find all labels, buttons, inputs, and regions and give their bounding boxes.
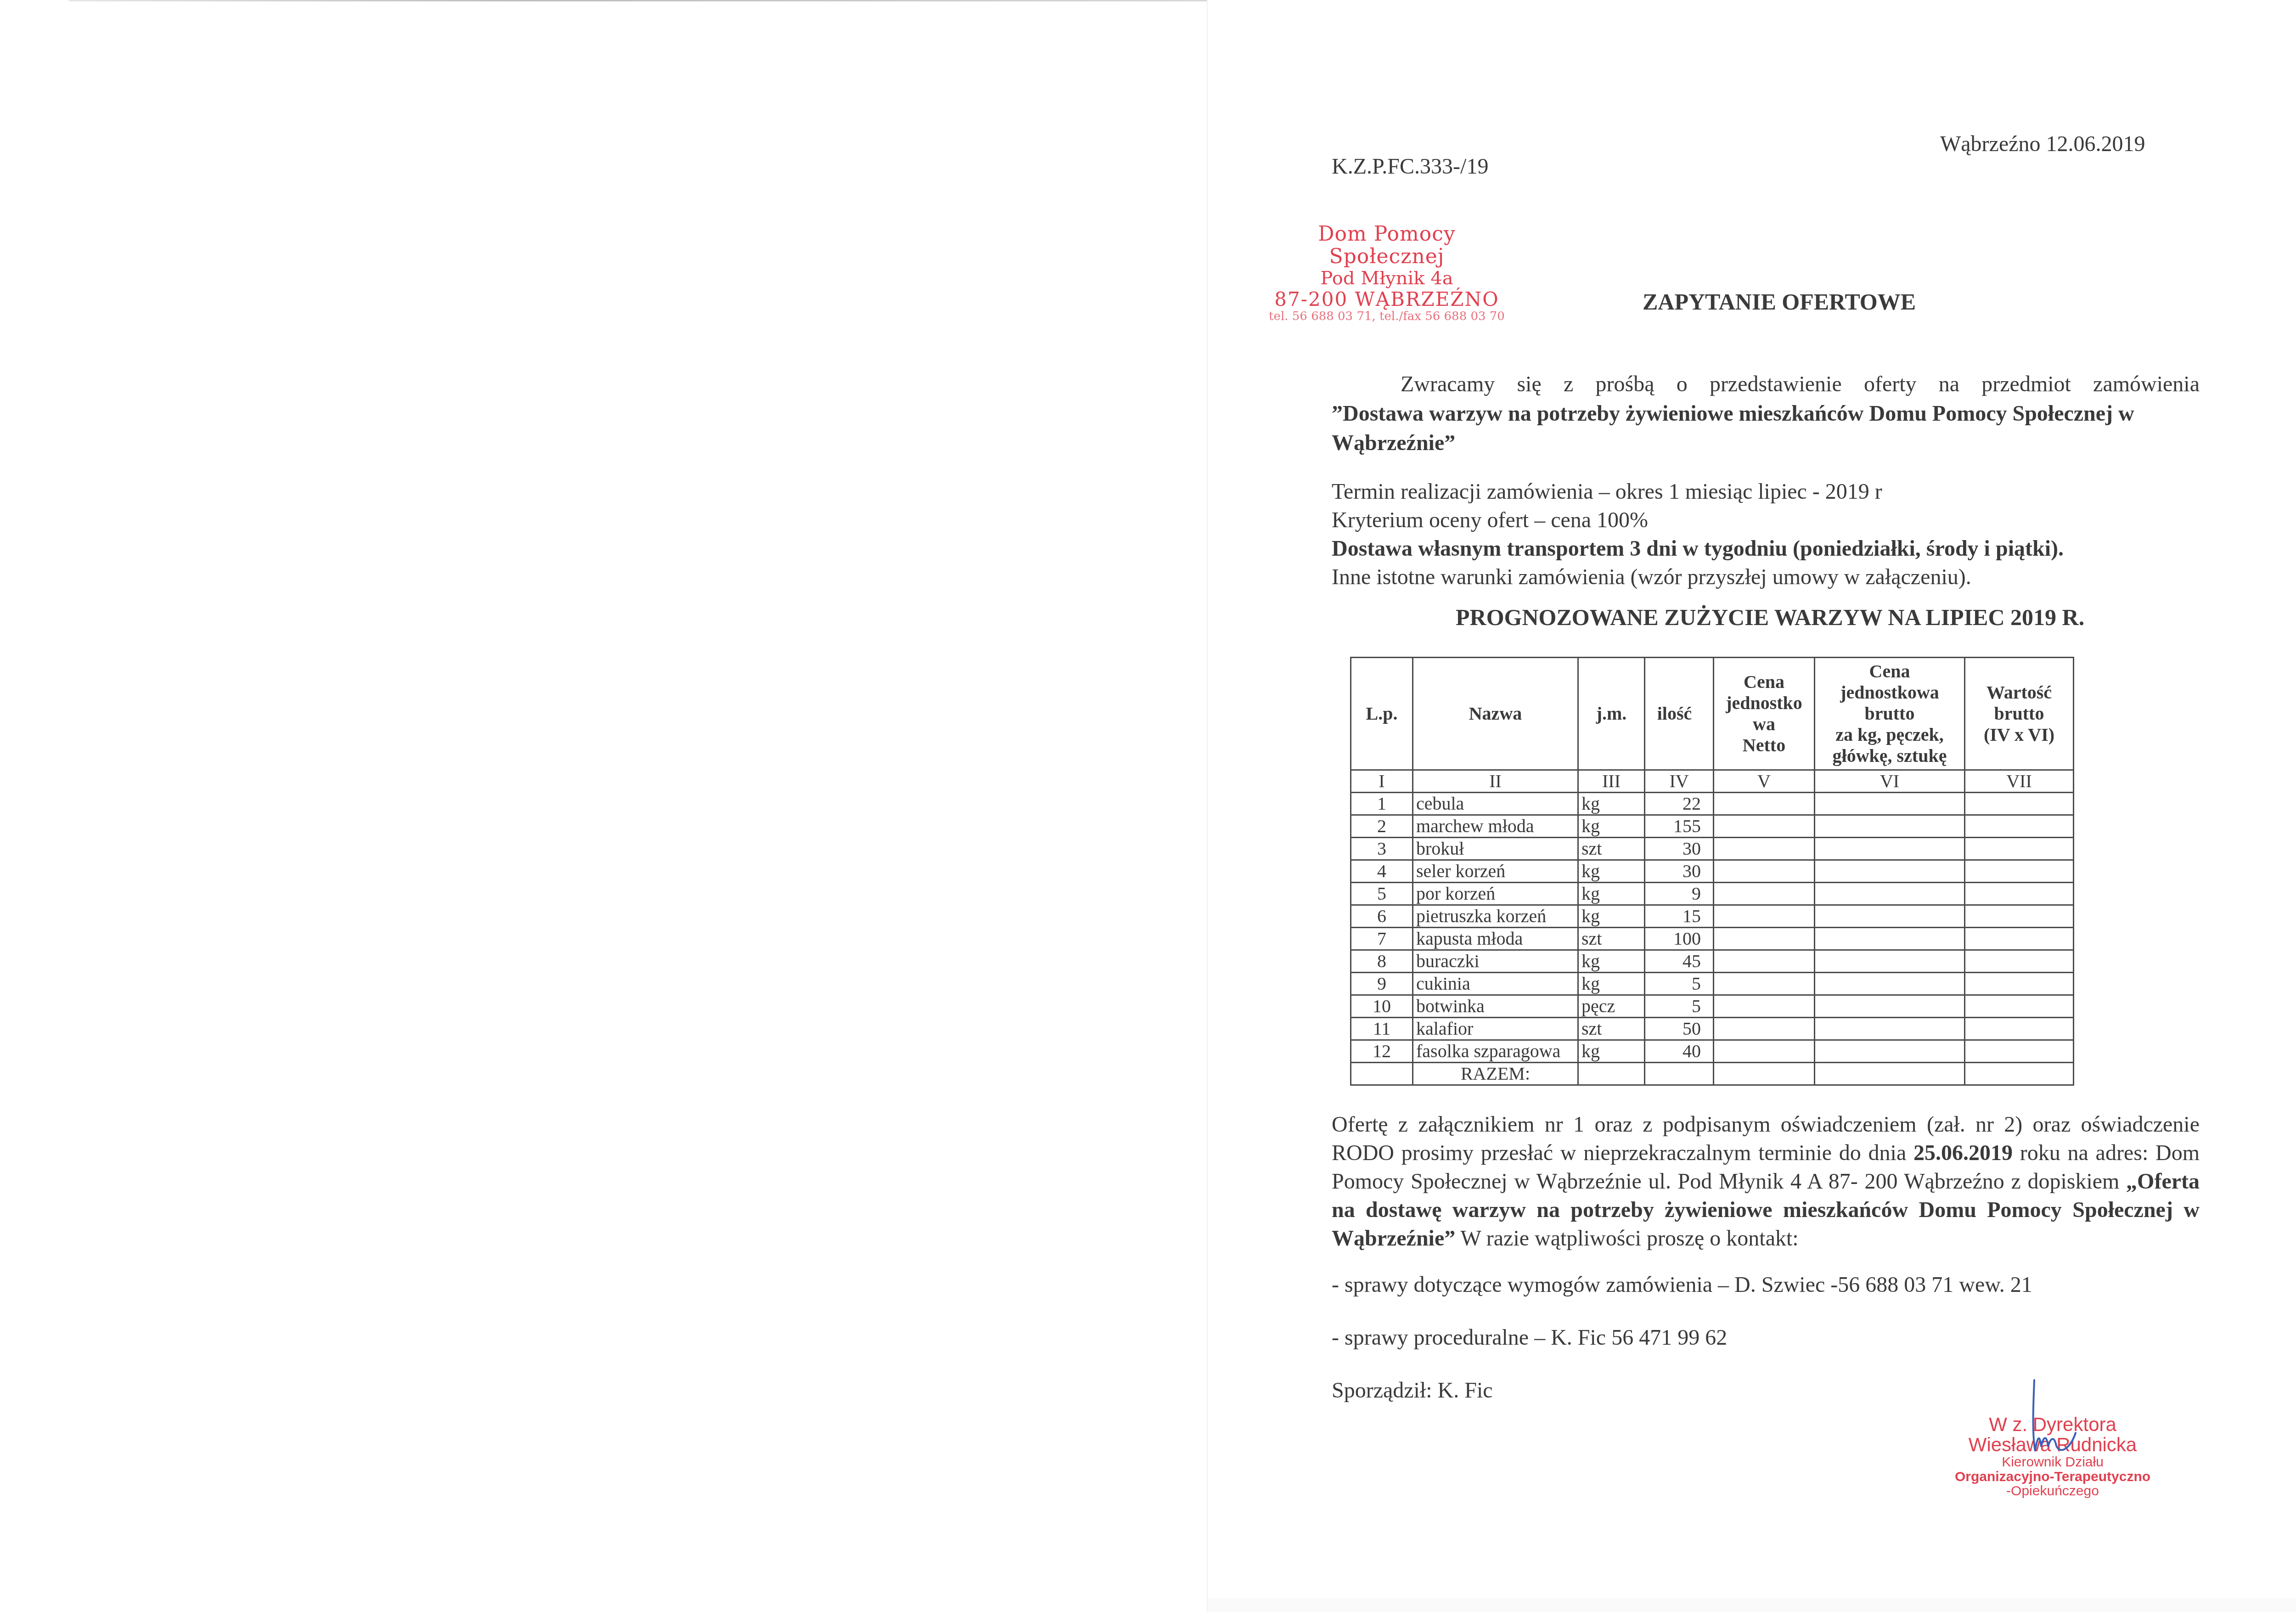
- cell-gross-value[interactable]: [1965, 838, 2074, 860]
- cell-net-price[interactable]: [1714, 815, 1815, 838]
- cell-gross-value[interactable]: [1965, 950, 2074, 973]
- forecast-table: L.p. Nazwa j.m. ilość Cena jednostko wa …: [1350, 657, 2074, 1086]
- contact-requirements: - sprawy dotyczące wymogów zamówienia – …: [1332, 1272, 2032, 1297]
- cell-gross-value[interactable]: [1965, 973, 2074, 995]
- cell-qty: 100: [1645, 928, 1714, 950]
- cell-gross-value[interactable]: [1965, 793, 2074, 815]
- header-text: (IV x VI): [1968, 724, 2070, 745]
- stamp-line: tel. 56 688 03 71, tel./fax 56 688 03 70: [1258, 310, 1515, 323]
- term-other: Inne istotne warunki zamówienia (wzór pr…: [1332, 563, 2200, 592]
- place-date: Wąbrzeźno 12.06.2019: [1940, 131, 2145, 157]
- cell-qty: 22: [1645, 793, 1714, 815]
- table-row: 4 seler korzeń kg 30: [1351, 860, 2074, 883]
- cell-net-price[interactable]: [1714, 973, 1815, 995]
- total-label: RAZEM:: [1413, 1063, 1578, 1085]
- cell-name: pietruszka korzeń: [1413, 905, 1578, 928]
- cell-qty: 50: [1645, 1018, 1714, 1040]
- contact-procedural: - sprawy proceduralne – K. Fic 56 471 99…: [1332, 1325, 1727, 1350]
- column-number: IV: [1645, 770, 1714, 793]
- cell-gross-price[interactable]: [1815, 793, 1965, 815]
- stamp-line: Dom Pomocy Społecznej: [1258, 223, 1515, 268]
- cell-unit: szt: [1578, 1018, 1645, 1040]
- cell-gross-price[interactable]: [1815, 1018, 1965, 1040]
- closing-text: W razie wątpliwości proszę o kontakt:: [1455, 1226, 1798, 1251]
- cell-qty: 155: [1645, 815, 1714, 838]
- header-text: brutto: [1818, 703, 1961, 724]
- header-text: Cena: [1717, 671, 1811, 693]
- header-text: główkę, sztukę: [1818, 745, 1961, 767]
- header-lp: L.p.: [1351, 658, 1413, 770]
- header-net-price: Cena jednostko wa Netto: [1714, 658, 1815, 770]
- cell-unit: kg: [1578, 860, 1645, 883]
- cell-qty: 30: [1645, 860, 1714, 883]
- cell-unit: kg: [1578, 1040, 1645, 1063]
- term-criterion: Kryterium oceny ofert – cena 100%: [1332, 506, 2200, 535]
- cell-name: buraczki: [1413, 950, 1578, 973]
- cell-gross-value[interactable]: [1965, 815, 2074, 838]
- organization-stamp: Dom Pomocy Społecznej Pod Młynik 4a 87-2…: [1258, 223, 1515, 323]
- header-text: jednostko: [1717, 693, 1811, 714]
- stamp-line: 87-200 WĄBRZEŹNO: [1258, 288, 1515, 310]
- table-row: 8 buraczki kg 45: [1351, 950, 2074, 973]
- header-text: brutto: [1968, 703, 2070, 724]
- intro-paragraph: Zwracamy się z prośbą o przedstawienie o…: [1332, 370, 2200, 458]
- cell-empty: [1578, 1063, 1645, 1085]
- header-gross-value: Wartość brutto (IV x VI): [1965, 658, 2074, 770]
- table-row: 2 marchew młoda kg 155: [1351, 815, 2074, 838]
- cell-gross-price[interactable]: [1815, 1040, 1965, 1063]
- submission-instructions: Ofertę z załącznikiem nr 1 oraz z podpis…: [1332, 1110, 2200, 1253]
- cell-net-price[interactable]: [1714, 995, 1815, 1018]
- header-gross-price: Cena jednostkowa brutto za kg, pęczek, g…: [1815, 658, 1965, 770]
- table-row: 5 por korzeń kg 9: [1351, 883, 2074, 905]
- cell-total-net[interactable]: [1714, 1063, 1815, 1085]
- term-deadline: Termin realizacji zamówienia – okres 1 m…: [1332, 478, 2200, 506]
- table-row: 7 kapusta młoda szt 100: [1351, 928, 2074, 950]
- header-qty: ilość: [1645, 658, 1714, 770]
- order-terms: Termin realizacji zamówienia – okres 1 m…: [1332, 478, 2200, 592]
- header-name: Nazwa: [1413, 658, 1578, 770]
- table-row: 6 pietruszka korzeń kg 15: [1351, 905, 2074, 928]
- cell-gross-price[interactable]: [1815, 928, 1965, 950]
- cell-gross-value[interactable]: [1965, 905, 2074, 928]
- cell-empty: [1645, 1063, 1714, 1085]
- cell-net-price[interactable]: [1714, 950, 1815, 973]
- cell-name: kapusta młoda: [1413, 928, 1578, 950]
- cell-gross-price[interactable]: [1815, 860, 1965, 883]
- cell-name: seler korzeń: [1413, 860, 1578, 883]
- handwritten-signature-icon: [2007, 1378, 2099, 1470]
- cell-lp: 12: [1351, 1040, 1413, 1063]
- header-unit: j.m.: [1578, 658, 1645, 770]
- cell-qty: 9: [1645, 883, 1714, 905]
- header-text: Netto: [1717, 735, 1811, 756]
- cell-net-price[interactable]: [1714, 793, 1815, 815]
- cell-gross-price[interactable]: [1815, 905, 1965, 928]
- cell-gross-price[interactable]: [1815, 815, 1965, 838]
- cell-gross-price[interactable]: [1815, 973, 1965, 995]
- column-number: V: [1714, 770, 1815, 793]
- cell-unit: szt: [1578, 838, 1645, 860]
- term-delivery: Dostawa własnym transportem 3 dni w tygo…: [1332, 535, 2200, 563]
- cell-gross-value[interactable]: [1965, 860, 2074, 883]
- cell-lp: 8: [1351, 950, 1413, 973]
- roman-numeral-row: I II III IV V VI VII: [1351, 770, 2074, 793]
- cell-qty: 45: [1645, 950, 1714, 973]
- cell-net-price[interactable]: [1714, 1040, 1815, 1063]
- cell-unit: kg: [1578, 793, 1645, 815]
- cell-gross-price[interactable]: [1815, 950, 1965, 973]
- cell-gross-value[interactable]: [1965, 928, 2074, 950]
- total-row: RAZEM:: [1351, 1063, 2074, 1085]
- cell-net-price[interactable]: [1714, 928, 1815, 950]
- column-number: VI: [1815, 770, 1965, 793]
- cell-qty: 30: [1645, 838, 1714, 860]
- cell-name: cukinia: [1413, 973, 1578, 995]
- cell-net-price[interactable]: [1714, 1018, 1815, 1040]
- table-row: 3 brokuł szt 30: [1351, 838, 2074, 860]
- cell-net-price[interactable]: [1714, 838, 1815, 860]
- cell-qty: 5: [1645, 995, 1714, 1018]
- cell-gross-price[interactable]: [1815, 883, 1965, 905]
- cell-net-price[interactable]: [1714, 905, 1815, 928]
- order-subject: ”Dostawa warzyw na potrzeby żywieniowe m…: [1332, 401, 2134, 455]
- cell-total-value[interactable]: [1965, 1063, 2074, 1085]
- cell-unit: kg: [1578, 883, 1645, 905]
- cell-name: marchew młoda: [1413, 815, 1578, 838]
- scan-edge: [69, 0, 1208, 1]
- cell-lp: 3: [1351, 838, 1413, 860]
- due-date: 25.06.2019: [1913, 1141, 2013, 1165]
- cell-lp: 1: [1351, 793, 1413, 815]
- stamp-line: Pod Młynik 4a: [1258, 268, 1515, 289]
- table-title: PROGNOZOWANE ZUŻYCIE WARZYW NA LIPIEC 20…: [1456, 604, 2084, 631]
- cell-unit: szt: [1578, 928, 1645, 950]
- cell-gross-value[interactable]: [1965, 883, 2074, 905]
- table-row: 9 cukinia kg 5: [1351, 973, 2074, 995]
- cell-lp: 7: [1351, 928, 1413, 950]
- table-row: 10 botwinka pęcz 5: [1351, 995, 2074, 1018]
- table-header-row: L.p. Nazwa j.m. ilość Cena jednostko wa …: [1351, 658, 2074, 770]
- stamp-line: -Opiekuńczego: [1942, 1484, 2163, 1499]
- cell-unit: kg: [1578, 815, 1645, 838]
- stamp-line: Organizacyjno-Terapeutyczno: [1942, 1470, 2163, 1484]
- table-row: 12 fasolka szparagowa kg 40: [1351, 1040, 2074, 1063]
- cell-lp: 2: [1351, 815, 1413, 838]
- intro-lead: Zwracamy się z prośbą o przedstawienie o…: [1332, 370, 2200, 399]
- cell-net-price[interactable]: [1714, 883, 1815, 905]
- cell-unit: kg: [1578, 950, 1645, 973]
- reference-number: K.Z.P.FC.333-/19: [1332, 154, 1488, 179]
- cell-gross-value[interactable]: [1965, 995, 2074, 1018]
- cell-lp: 5: [1351, 883, 1413, 905]
- cell-qty: 15: [1645, 905, 1714, 928]
- cell-gross-value[interactable]: [1965, 1040, 2074, 1063]
- cell-unit: kg: [1578, 905, 1645, 928]
- cell-name: brokuł: [1413, 838, 1578, 860]
- cell-empty: [1351, 1063, 1413, 1085]
- cell-lp: 11: [1351, 1018, 1413, 1040]
- header-text: za kg, pęczek,: [1818, 724, 1961, 745]
- cell-name: cebula: [1413, 793, 1578, 815]
- cell-lp: 6: [1351, 905, 1413, 928]
- cell-name: kalafior: [1413, 1018, 1578, 1040]
- column-number: I: [1351, 770, 1413, 793]
- cell-gross-price[interactable]: [1815, 838, 1965, 860]
- cell-unit: pęcz: [1578, 995, 1645, 1018]
- cell-name: fasolka szparagowa: [1413, 1040, 1578, 1063]
- cell-lp: 10: [1351, 995, 1413, 1018]
- column-number: III: [1578, 770, 1645, 793]
- column-number: VII: [1965, 770, 2074, 793]
- header-text: wa: [1717, 714, 1811, 735]
- cell-total-gross[interactable]: [1815, 1063, 1965, 1085]
- column-number: II: [1413, 770, 1578, 793]
- cell-qty: 40: [1645, 1040, 1714, 1063]
- cell-gross-price[interactable]: [1815, 995, 1965, 1018]
- table-row: 11 kalafior szt 50: [1351, 1018, 2074, 1040]
- cell-name: por korzeń: [1413, 883, 1578, 905]
- prepared-by: Sporządził: K. Fic: [1332, 1378, 1493, 1403]
- header-text: Cena: [1818, 661, 1961, 682]
- scan-fold: [1207, 0, 1208, 1612]
- cell-lp: 4: [1351, 860, 1413, 883]
- cell-unit: kg: [1578, 973, 1645, 995]
- cell-net-price[interactable]: [1714, 860, 1815, 883]
- document-page: K.Z.P.FC.333-/19 Wąbrzeźno 12.06.2019 Do…: [1332, 0, 2200, 1612]
- cell-name: botwinka: [1413, 995, 1578, 1018]
- table-row: 1 cebula kg 22: [1351, 793, 2074, 815]
- cell-qty: 5: [1645, 973, 1714, 995]
- document-title: ZAPYTANIE OFERTOWE: [1643, 288, 1916, 315]
- cell-gross-value[interactable]: [1965, 1018, 2074, 1040]
- header-text: jednostkowa: [1818, 682, 1961, 703]
- cell-lp: 9: [1351, 973, 1413, 995]
- header-text: Wartość: [1968, 682, 2070, 703]
